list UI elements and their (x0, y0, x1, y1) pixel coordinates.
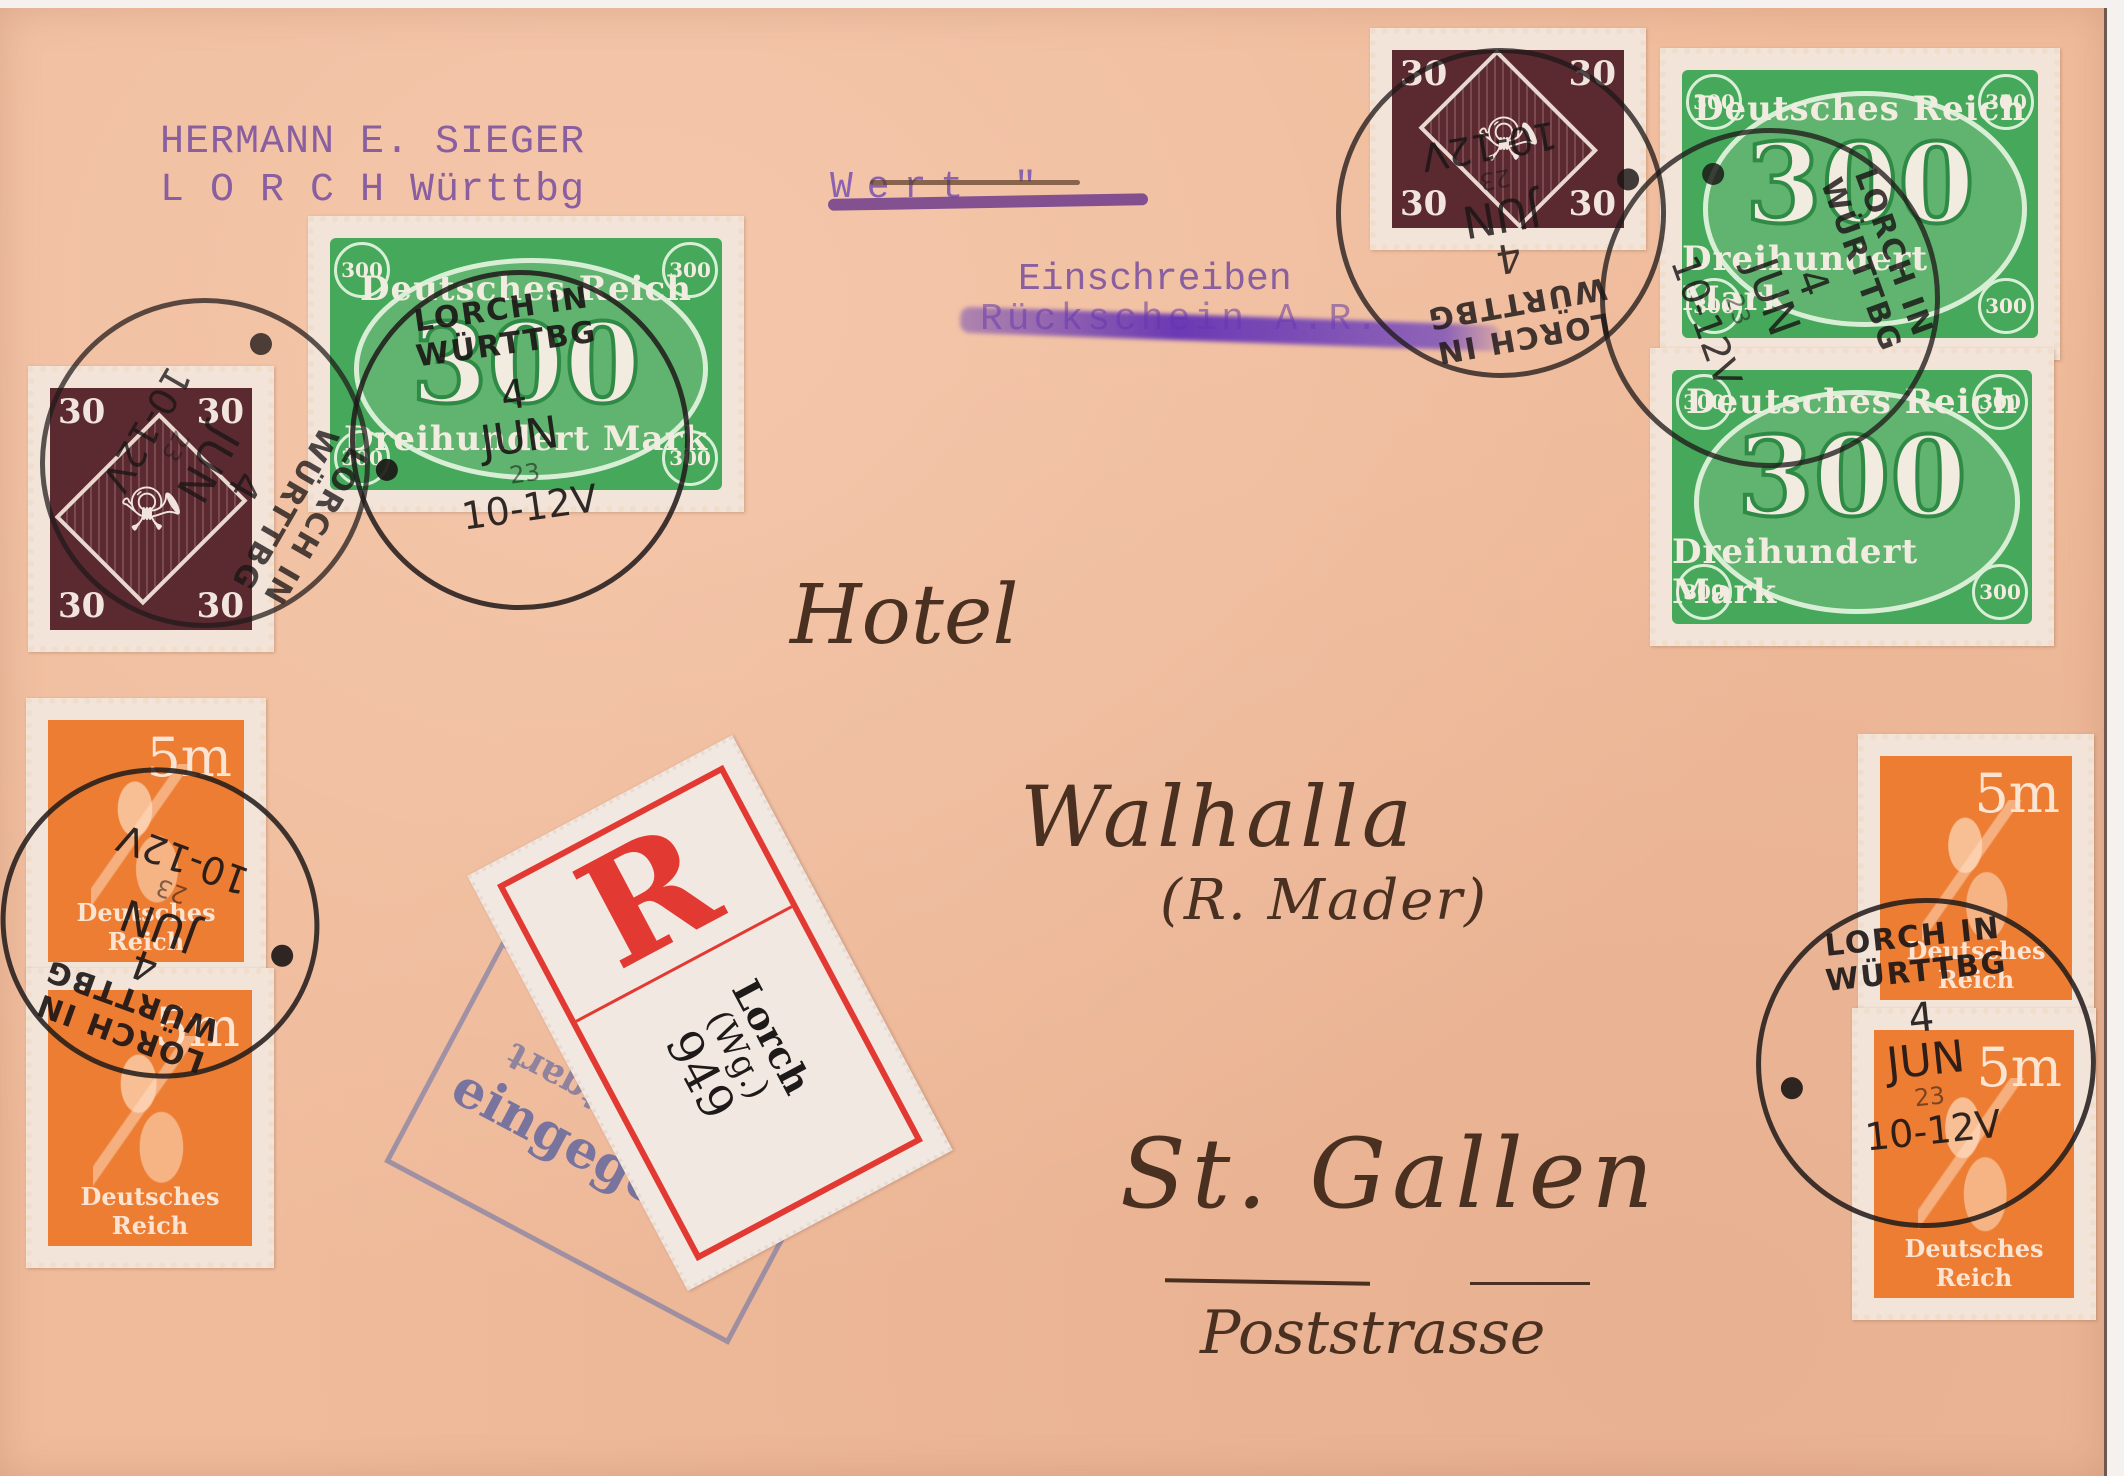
postmark-dot (1699, 160, 1727, 188)
stamp-corner-value: 30 (58, 586, 105, 626)
postmark-dot (1780, 1076, 1804, 1100)
postmark-year: 23 (1913, 1082, 1946, 1111)
sender-city: L O R C H Württbg (160, 168, 585, 213)
stamp-country: Deutsches Reich (1874, 1234, 2074, 1292)
postmark-dot (268, 942, 296, 970)
postmark-dot (246, 329, 276, 359)
recipient-line-2: Walhalla (1020, 768, 1416, 866)
sender-name: HERMANN E. SIEGER (160, 120, 585, 165)
stamp-denomination-text: Dreihundert Mark (1672, 532, 2032, 612)
envelope: HERMANN E. SIEGER L O R C H Württbg Wert… (0, 8, 2107, 1476)
postmark-time: 10-12V (1863, 1103, 2003, 1159)
city-underline (1470, 1282, 1590, 1285)
recipient-line-3: (R. Mader) (1160, 868, 1488, 933)
postmark-year: 23 (1478, 164, 1513, 195)
recipient-line-1: Hotel (790, 568, 1019, 663)
postmark-dot (1615, 167, 1640, 192)
postmark-town: LORCH IN WÜRTTBG (1747, 903, 2083, 1007)
postmark-month: JUN (1459, 186, 1544, 245)
postmark-dot (374, 457, 399, 482)
strikethrough-pencil (870, 180, 1080, 185)
stamp-value: 5m (1974, 762, 2060, 825)
city-underline (1165, 1278, 1370, 1286)
registration-details: Lorch (Wg.) 949 (649, 973, 818, 1141)
stamp-country: Deutsches Reich (48, 1182, 252, 1240)
postmark-day: 4 (1907, 997, 1936, 1039)
postmark-year: 23 (508, 459, 542, 489)
recipient-city: St. Gallen (1120, 1118, 1659, 1230)
recipient-street: Poststrasse (1200, 1298, 1545, 1368)
postmark-month: JUN (478, 410, 562, 466)
postmark-month: JUN (1885, 1034, 1967, 1088)
registered-marking: Einschreiben (1018, 258, 1292, 301)
